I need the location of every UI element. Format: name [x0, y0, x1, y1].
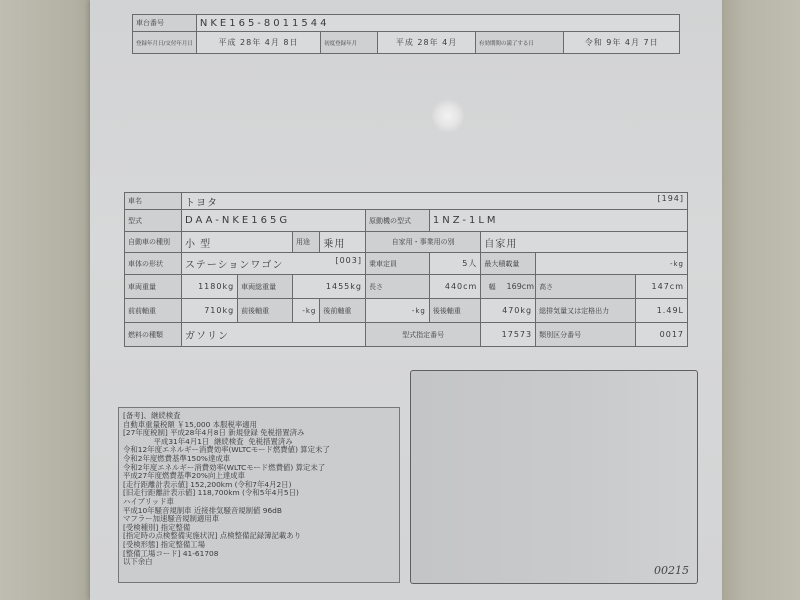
background-left [0, 0, 92, 600]
reg-date: 平成 28年 4月 8日 [196, 32, 320, 54]
height-label: 高さ [536, 275, 636, 299]
fuel-label: 燃料の種類 [125, 323, 182, 347]
displacement-label: 総排気量又は定格出力 [536, 299, 636, 323]
front-front-axle-label: 前前軸重 [125, 299, 182, 323]
capacity-label: 乗車定員 [365, 253, 429, 275]
front-rear-axle-label: 前後軸重 [238, 299, 293, 323]
handwritten-note: 00215 [654, 564, 689, 577]
background-right [718, 0, 800, 600]
maker-label: 車名 [125, 193, 182, 210]
engine-label: 原動機の型式 [365, 210, 429, 232]
fuel: ガソリン [182, 323, 366, 347]
usage: 乗用 [320, 232, 366, 253]
note-line: 以下余白 [123, 558, 395, 567]
height: 147cm [636, 275, 688, 299]
body-code: [003] [335, 256, 362, 265]
blank-box: 00215 [410, 370, 698, 584]
category-label: 自動車の種別 [125, 232, 182, 253]
expiry-date: 令和 9年 4月 7日 [564, 32, 680, 54]
gross-weight: 1455kg [292, 275, 365, 299]
capacity: 5人 [429, 253, 480, 275]
weight: 1180kg [182, 275, 238, 299]
model-label: 型式 [125, 210, 182, 232]
front-front-axle: 710kg [182, 299, 238, 323]
engine: 1NZ-1LM [429, 210, 687, 232]
note-line: [整備工場コード] 41-61708 [123, 550, 395, 559]
reg-date-label: 登録年月日/交付年月日 [133, 32, 197, 54]
max-load-label: 最大積載量 [481, 253, 536, 275]
length-label: 長さ [365, 275, 429, 299]
top-table: 車台番号 NKE165-8011544 登録年月日/交付年月日 平成 28年 4… [132, 14, 680, 54]
notes-block: [备考]、継続検査 自動車重量税額 ￥15,000 本服税率適用 [27年度税制… [118, 407, 400, 583]
first-reg: 平成 28年 4月 [378, 32, 476, 54]
body-shape: ステーションワゴン [185, 260, 283, 271]
private-use: 自家用 [481, 232, 688, 253]
width: 169cm [503, 282, 534, 291]
first-reg-label: 初度登録年月 [321, 32, 378, 54]
rear-rear-axle-label: 後後軸重 [429, 299, 480, 323]
type-approval-label: 型式指定番号 [365, 323, 480, 347]
width-label: 幅 [481, 282, 503, 292]
usage-label: 用途 [292, 232, 319, 253]
chassis-number: NKE165-8011544 [196, 15, 679, 32]
front-rear-axle: -kg [292, 299, 319, 323]
paper-stain [432, 98, 464, 134]
class-label: 類別区分番号 [536, 323, 636, 347]
category: 小 型 [182, 232, 293, 253]
maker: トヨタ [185, 198, 218, 209]
max-load: -kg [536, 253, 688, 275]
private-label: 自家用・事業用の別 [365, 232, 480, 253]
type-approval: 17573 [481, 323, 536, 347]
class-number: 0017 [636, 323, 688, 347]
rear-rear-axle: 470kg [481, 299, 536, 323]
displacement: 1.49L [636, 299, 688, 323]
body-label: 車体の形状 [125, 253, 182, 275]
main-table: 車名 トヨタ [194] 型式 DAA-NKE165G 原動機の型式 1NZ-1… [124, 192, 688, 347]
gross-weight-label: 車両総重量 [238, 275, 293, 299]
chassis-label: 車台番号 [133, 15, 197, 32]
rear-front-axle-label: 後前軸重 [320, 299, 366, 323]
expiry-label: 有効期間の満了する日 [475, 32, 564, 54]
model: DAA-NKE165G [182, 210, 366, 232]
length: 440cm [429, 275, 480, 299]
weight-label: 車両重量 [125, 275, 182, 299]
maker-code: [194] [657, 194, 684, 203]
rear-front-axle: -kg [365, 299, 429, 323]
